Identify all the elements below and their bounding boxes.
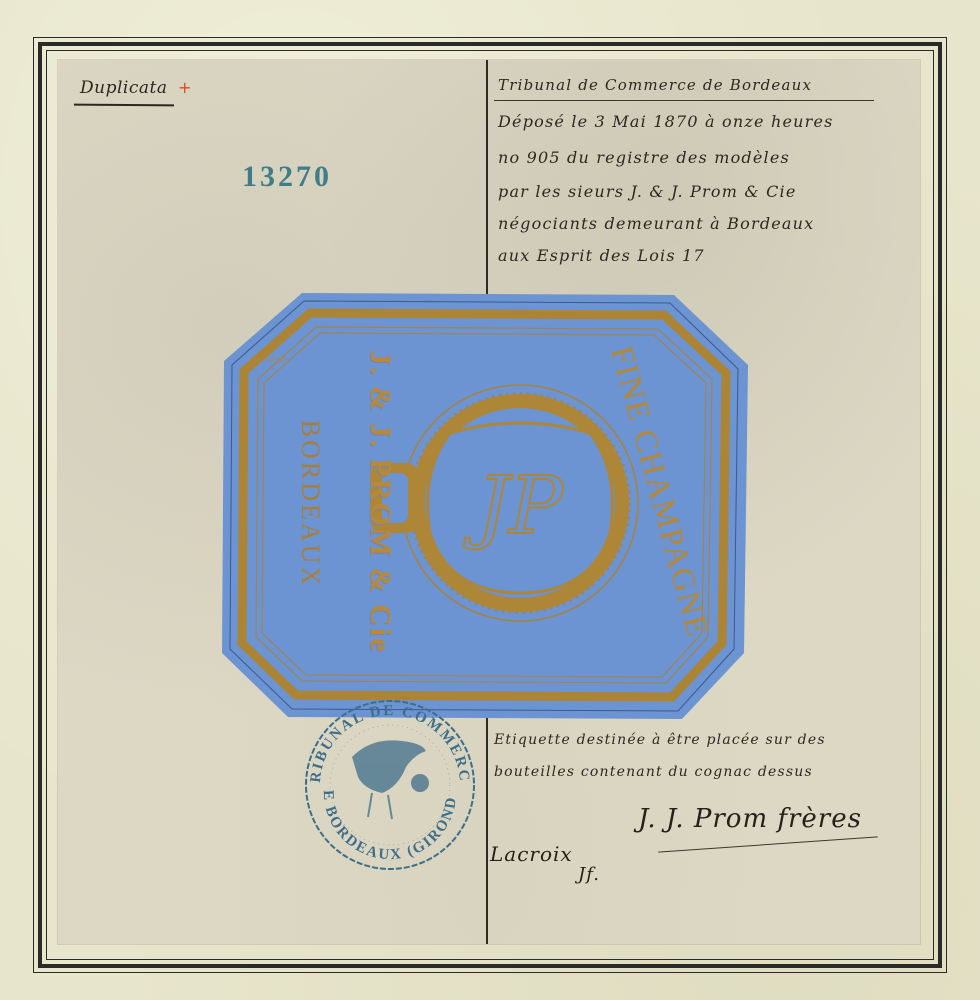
handwritten-line-5: négociants demeurant à Bordeaux bbox=[498, 214, 814, 233]
registration-number: 13270 bbox=[242, 160, 332, 194]
handwritten-line-1: Tribunal de Commerce de Bordeaux bbox=[498, 76, 812, 94]
eagle-emblem-icon bbox=[352, 740, 429, 819]
handwritten-line-3: no 905 du registre des modèles bbox=[498, 148, 790, 167]
tribunal-seal-stamp: TRIBUNAL DE COMMERCE DE BORDEAUX (GIROND… bbox=[302, 697, 478, 873]
duplicata-underline bbox=[74, 104, 174, 106]
clerk-signature: Lacroix bbox=[490, 842, 573, 866]
handwritten-note-2: bouteilles contenant du cognac dessus bbox=[494, 764, 813, 780]
handwritten-line-6: aux Esprit des Lois 17 bbox=[498, 246, 705, 265]
label-deposit-mark: DÉPOSÉ bbox=[250, 355, 286, 364]
clerk-signature-suffix: Jf. bbox=[578, 864, 600, 885]
merchant-signature: J. J. Prom frères bbox=[638, 804, 862, 834]
signature-flourish bbox=[658, 836, 878, 852]
monogram: JP bbox=[463, 459, 564, 552]
header-rule bbox=[494, 100, 874, 101]
handwritten-note-1: Etiquette destinée à être placée sur des bbox=[494, 732, 826, 748]
label-city: BORDEAUX bbox=[295, 354, 325, 654]
champagne-label: JP J. & J. PROM & Cie BORDEAUX DÉPOSÉ FI… bbox=[220, 293, 748, 719]
duplicata-annotation: Duplicata bbox=[80, 78, 167, 98]
label-company-name: J. & J. PROM & Cie bbox=[363, 350, 397, 650]
handwritten-line-4: par les sieurs J. & J. Prom & Cie bbox=[498, 182, 797, 201]
red-cross-mark: + bbox=[178, 78, 191, 97]
archival-mount: Duplicata + 13270 Tribunal de Commerce d… bbox=[0, 0, 980, 1000]
handwritten-line-2: Déposé le 3 Mai 1870 à onze heures bbox=[498, 112, 834, 131]
